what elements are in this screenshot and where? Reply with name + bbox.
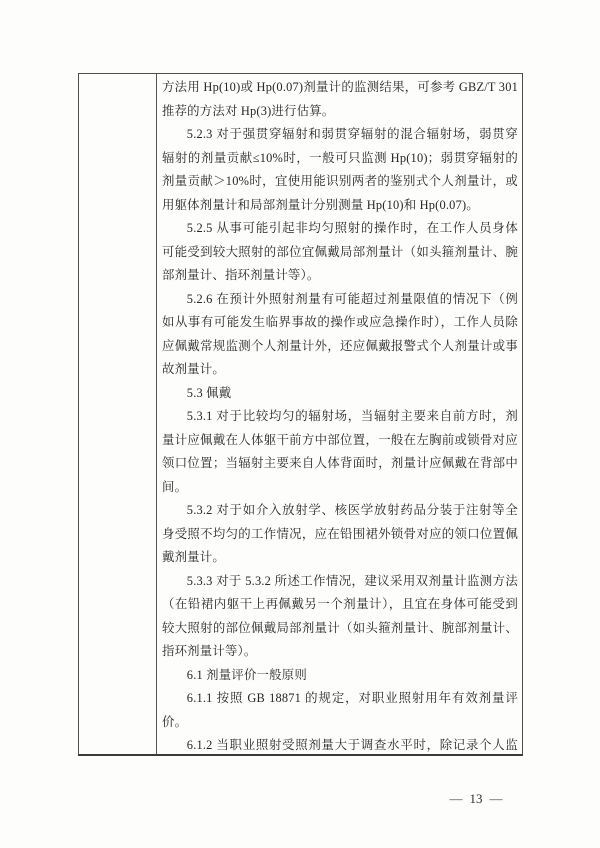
- paragraph: 5.3.2 对于如介入放射学、核医学放射药品分装于注射等全身受照不均匀的工作情况…: [162, 499, 518, 570]
- paragraph: 6.1.2 当职业照射受照剂量大于调查水平时，除记录个人监测的剂量结果外，并作进…: [162, 734, 518, 754]
- paragraph: 5.3 佩戴: [162, 382, 518, 406]
- content-table: 方法用 Hp(10)或 Hp(0.07)剂量计的监测结果，可参考 GBZ/T 3…: [78, 73, 523, 756]
- table-left-cell: [79, 74, 157, 754]
- page-footer: —13—: [416, 791, 536, 807]
- footer-dash-left: —: [450, 791, 463, 806]
- page-number: 13: [470, 791, 483, 806]
- paragraph: 5.2.6 在预计外照射剂量有可能超过剂量限值的情况下（例如从事有可能发生临界事…: [162, 288, 518, 382]
- document-page: 方法用 Hp(10)或 Hp(0.07)剂量计的监测结果，可参考 GBZ/T 3…: [0, 0, 600, 848]
- paragraph: 6.1 剂量评价一般原则: [162, 664, 518, 688]
- footer-dash-right: —: [490, 791, 503, 806]
- paragraph: 5.2.5 从事可能引起非均匀照射的操作时，在工作人员身体可能受到较大照射的部位…: [162, 217, 518, 288]
- paragraph: 6.1.1 按照 GB 18871 的规定，对职业照射用年有效剂量评价。: [162, 687, 518, 734]
- paragraph: 方法用 Hp(10)或 Hp(0.07)剂量计的监测结果，可参考 GBZ/T 3…: [162, 76, 518, 123]
- paragraph: 5.3.1 对于比较均匀的辐射场，当辐射主要来自前方时，剂量计应佩戴在人体躯干前…: [162, 405, 518, 499]
- paragraphs-container: 方法用 Hp(10)或 Hp(0.07)剂量计的监测结果，可参考 GBZ/T 3…: [162, 76, 518, 754]
- table-text-cell: 方法用 Hp(10)或 Hp(0.07)剂量计的监测结果，可参考 GBZ/T 3…: [157, 74, 522, 754]
- paragraph: 5.3.3 对于 5.3.2 所述工作情况，建议采用双剂量计监测方法（在铅裙内躯…: [162, 570, 518, 664]
- paragraph: 5.2.3 对于强贯穿辐射和弱贯穿辐射的混合辐射场，弱贯穿辐射的剂量贡献≤10%…: [162, 123, 518, 217]
